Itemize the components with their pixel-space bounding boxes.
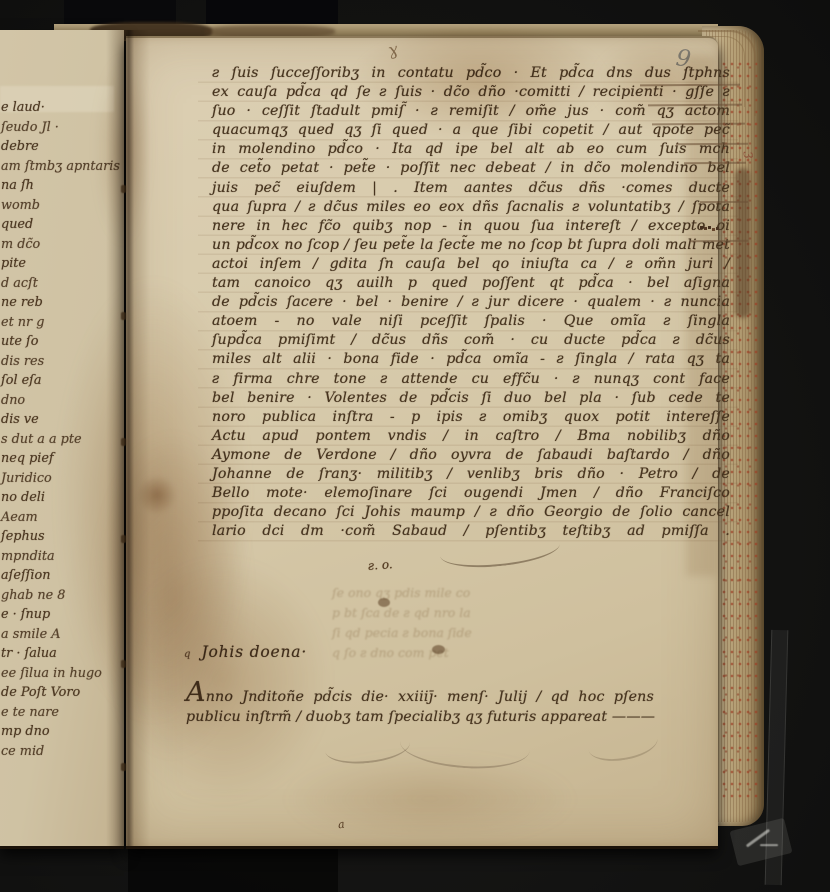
manuscript-photo: e laud·ſeudo Jl ·debream ſtmbʒ apntarisn…	[0, 0, 830, 892]
manuscript-line: Actu apud pontem vndis / in caſtro / Bma…	[212, 427, 730, 446]
manuscript-line: actoi inſem / gdita ſn cauſa bel qo iniu…	[212, 255, 730, 274]
marginalia-line: e laud·	[1, 98, 121, 118]
ink-spot	[378, 598, 390, 607]
manuscript-line: Johanne de ſranʒ· militibʒ / venlibʒ bri…	[212, 465, 730, 484]
manuscript-line: ex cauſa pd̃ca qd ſe ƨ ſuis · dc̃o dño ·…	[212, 83, 730, 102]
right-margin-wash	[686, 56, 716, 576]
manuscript-line: juis pec̃ eiuſdem | . Item aantes dc̃us …	[212, 179, 730, 198]
manuscript-line: nere in hec fc̃o quibʒ nop - in quou ſua…	[212, 217, 730, 236]
entry-heading: Johis doena·	[202, 643, 308, 661]
gutter-fold-shadow	[106, 30, 150, 846]
manuscript-line: tam canoico qʒ auilh p qued poſſent qt p…	[212, 274, 730, 293]
manuscript-line: de cet̃o petat · pet̃e · poſſit nec debe…	[212, 159, 730, 178]
manuscript-line: atoem - no vale niſi pceſſit ſpalis · Qu…	[212, 312, 730, 331]
marginalia-line: tr · ſalua	[1, 644, 121, 664]
manuscript-line: bel benire · Volentes de pd̃cis ſi duo b…	[212, 389, 730, 408]
show-through-text: ſe ono qʒ pdis mile cop bt ſca de ƨ qd n…	[332, 583, 692, 663]
marginalia-line: ee ſilua in hugo	[1, 664, 121, 684]
left-page-marginalia: e laud·ſeudo Jl ·debream ſtmbʒ apntarisn…	[1, 98, 121, 761]
sewing-hole	[121, 185, 126, 193]
manuscript-line: noro publica inſtra - p ipis ƨ omibʒ quo…	[212, 408, 730, 427]
manuscript-line: Aymone de Verdone / dño oyvra de ſabaudi…	[212, 446, 730, 465]
marginalia-line: am ſtmbʒ apntaris	[1, 157, 121, 177]
sewing-hole	[121, 312, 126, 320]
manuscript-line: miles alt alii · bona fide · pd̃ca omĩa …	[212, 350, 730, 369]
book-under-shadow	[128, 840, 338, 892]
sewing-hole	[121, 535, 126, 543]
manuscript-line: un pd̃cox no ſcop / ſeu pet̃e la ſect̃e …	[212, 236, 730, 255]
marginalia-line: Juridico	[1, 469, 121, 489]
colophon-line: publicu inſtrm̃ / duobʒ tam ſpecialibʒ q…	[186, 707, 654, 728]
manuscript-line: ſupd̃ca pmiſimt / dc̃us dñs com̃ · cu du…	[212, 331, 730, 350]
marginalia-line: no deli	[1, 488, 121, 508]
manuscript-line: ƨ firma chre tone ƨ attende cu effc̃u · …	[212, 370, 730, 389]
entry-heading-row: q Johis doena·	[184, 642, 307, 661]
fore-edge-ink-mark: 3	[740, 150, 755, 159]
marginalia-line: debre	[1, 137, 121, 157]
manuscript-line: in molendino pd̃co · Ita qd ipe bel alt …	[212, 140, 730, 159]
marginalia-line: qued	[1, 215, 121, 235]
marginalia-line: aſeſſion	[1, 566, 121, 586]
marginalia-line: d acſt	[1, 274, 121, 294]
marginalia-line: Aeam	[1, 508, 121, 528]
marginalia-line: ute ſo	[1, 332, 121, 352]
marginalia-line: de Poſt Voro	[1, 683, 121, 703]
marginalia-line: a smile A	[1, 625, 121, 645]
marginalia-line: pite	[1, 254, 121, 274]
show-through-line: ſi qd pecia ƨ bona ſide	[332, 623, 692, 643]
marginalia-line: ghab ne 8	[1, 586, 121, 606]
marginalia-line: et nr g	[1, 313, 121, 333]
manuscript-line: Bello mote· elemoſinare ſci ougendi Jmen…	[212, 484, 730, 503]
marginalia-line: mp dno	[1, 722, 121, 742]
marginalia-line: ne reb	[1, 293, 121, 313]
show-through-line: q ſo ƨ dno com pet	[332, 643, 692, 663]
manuscript-line: qua ſupra / ƨ dc̃us miles eo eox dñs ſac…	[212, 198, 730, 217]
sewing-hole	[121, 660, 126, 668]
marginalia-line: na ſh	[1, 176, 121, 196]
section-mark: ƨ. o.	[368, 557, 394, 573]
marginalia-line: ſephus	[1, 527, 121, 547]
marginalia-line: e · ſnup	[1, 605, 121, 625]
sewing-hole	[121, 438, 126, 446]
marginalia-line: dis res	[1, 352, 121, 372]
ink-spot	[432, 645, 445, 654]
marginalia-line: neq pief	[1, 449, 121, 469]
sewing-hole	[121, 763, 126, 771]
manuscript-line: de pd̃cis ſacere · bel · benire / ƨ jur …	[212, 293, 730, 312]
marginalia-line: s dut a a pte	[1, 430, 121, 450]
marginalia-line: e te nare	[1, 703, 121, 723]
marginalia-line: dis ve	[1, 410, 121, 430]
main-text-block: ƨ ſuis ſucceſſoribʒ in contatu pd̃co · E…	[212, 64, 730, 541]
manuscript-line: ƨ ſuis ſucceſſoribʒ in contatu pd̃co · E…	[212, 64, 730, 83]
manuscript-line: ppoſita decano ſci Johis maump / ƨ dño G…	[212, 503, 730, 522]
marginalia-line: womb	[1, 196, 121, 216]
marginalia-line: ce mid	[1, 742, 121, 762]
marginalia-line: mpndita	[1, 547, 121, 567]
marginalia-line: m dc̃o	[1, 235, 121, 255]
marginalia-line: ſeudo Jl ·	[1, 118, 121, 138]
colophon-line: Anno Jnditoñe pd̃cis die· xxiiij̄· menſ·…	[186, 686, 654, 707]
colophon-block: Anno Jnditoñe pd̃cis die· xxiiij̄· menſ·…	[186, 686, 654, 728]
tape-glint	[760, 844, 778, 846]
heading-paragraph-mark: q	[184, 649, 190, 660]
marginalia-line: ſol eſa	[1, 371, 121, 391]
marginalia-line: dno	[1, 391, 121, 411]
